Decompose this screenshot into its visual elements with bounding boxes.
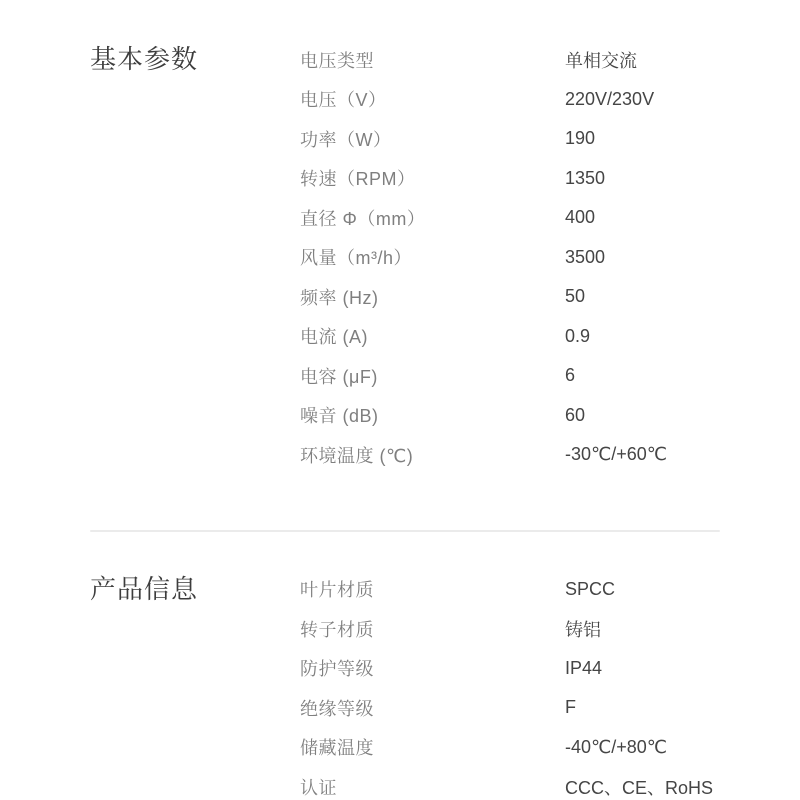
spec-rows: 电压类型单相交流电压（V）220V/230V功率（W）190转速（RPM）135… bbox=[300, 40, 720, 475]
spec-value: 6 bbox=[565, 365, 575, 386]
spec-label: 电压（V） bbox=[300, 86, 565, 112]
spec-row: 认证CCC、CE、RoHS bbox=[300, 767, 720, 800]
spec-label: 电流 (A) bbox=[300, 323, 565, 349]
spec-label: 转子材质 bbox=[300, 616, 565, 642]
spec-value: 1350 bbox=[565, 168, 605, 189]
section-divider bbox=[90, 530, 720, 532]
spec-label: 储藏温度 bbox=[300, 734, 565, 760]
spec-label: 频率 (Hz) bbox=[300, 284, 565, 310]
spec-value: 0.9 bbox=[565, 326, 590, 347]
spec-label: 防护等级 bbox=[300, 655, 565, 681]
spec-value: SPCC bbox=[565, 579, 615, 600]
spec-row: 环境温度 (℃)-30℃/+60℃ bbox=[300, 435, 720, 475]
spec-value: 铸铝 bbox=[565, 616, 601, 642]
spec-row: 储藏温度-40℃/+80℃ bbox=[300, 728, 720, 768]
spec-value: 60 bbox=[565, 405, 585, 426]
spec-value: 50 bbox=[565, 286, 585, 307]
spec-row: 电压类型单相交流 bbox=[300, 40, 720, 80]
spec-label: 直径 Φ（mm） bbox=[300, 205, 565, 231]
spec-value: CCC、CE、RoHS bbox=[565, 774, 713, 800]
product-spec-page: 基本参数电压类型单相交流电压（V）220V/230V功率（W）190转速（RPM… bbox=[0, 0, 800, 800]
spec-row: 防护等级IP44 bbox=[300, 649, 720, 689]
spec-row: 功率（W）190 bbox=[300, 119, 720, 159]
spec-label: 绝缘等级 bbox=[300, 695, 565, 721]
spec-value: 190 bbox=[565, 128, 595, 149]
spec-row: 电压（V）220V/230V bbox=[300, 80, 720, 120]
spec-row: 转速（RPM）1350 bbox=[300, 159, 720, 199]
spec-value: 400 bbox=[565, 207, 595, 228]
spec-value: 3500 bbox=[565, 247, 605, 268]
spec-value: 220V/230V bbox=[565, 89, 654, 110]
spec-section: 产品信息叶片材质SPCC转子材质铸铝防护等级IP44绝缘等级F储藏温度-40℃/… bbox=[90, 570, 720, 800]
spec-row: 转子材质铸铝 bbox=[300, 609, 720, 649]
spec-row: 风量（m³/h）3500 bbox=[300, 238, 720, 278]
spec-row: 电流 (A)0.9 bbox=[300, 317, 720, 357]
spec-label: 转速（RPM） bbox=[300, 165, 565, 191]
spec-value: F bbox=[565, 697, 576, 718]
spec-row: 电容 (μF)6 bbox=[300, 356, 720, 396]
spec-value: -30℃/+60℃ bbox=[565, 444, 667, 465]
spec-label: 电容 (μF) bbox=[300, 363, 565, 389]
spec-label: 认证 bbox=[300, 774, 565, 800]
spec-section: 基本参数电压类型单相交流电压（V）220V/230V功率（W）190转速（RPM… bbox=[90, 40, 720, 475]
spec-label: 风量（m³/h） bbox=[300, 244, 565, 270]
spec-row: 叶片材质SPCC bbox=[300, 570, 720, 610]
spec-row: 绝缘等级F bbox=[300, 688, 720, 728]
section-title: 产品信息 bbox=[90, 570, 300, 610]
section-title: 基本参数 bbox=[90, 40, 300, 80]
spec-label: 叶片材质 bbox=[300, 576, 565, 602]
spec-label: 功率（W） bbox=[300, 126, 565, 152]
spec-label: 噪音 (dB) bbox=[300, 402, 565, 428]
spec-label: 环境温度 (℃) bbox=[300, 442, 565, 468]
spec-row: 频率 (Hz)50 bbox=[300, 277, 720, 317]
spec-value: IP44 bbox=[565, 658, 602, 679]
spec-label: 电压类型 bbox=[300, 47, 565, 73]
spec-rows: 叶片材质SPCC转子材质铸铝防护等级IP44绝缘等级F储藏温度-40℃/+80℃… bbox=[300, 570, 720, 800]
spec-row: 直径 Φ（mm）400 bbox=[300, 198, 720, 238]
spec-table: 基本参数电压类型单相交流电压（V）220V/230V功率（W）190转速（RPM… bbox=[90, 40, 720, 800]
spec-value: 单相交流 bbox=[565, 47, 637, 73]
spec-value: -40℃/+80℃ bbox=[565, 737, 667, 758]
spec-row: 噪音 (dB)60 bbox=[300, 396, 720, 436]
